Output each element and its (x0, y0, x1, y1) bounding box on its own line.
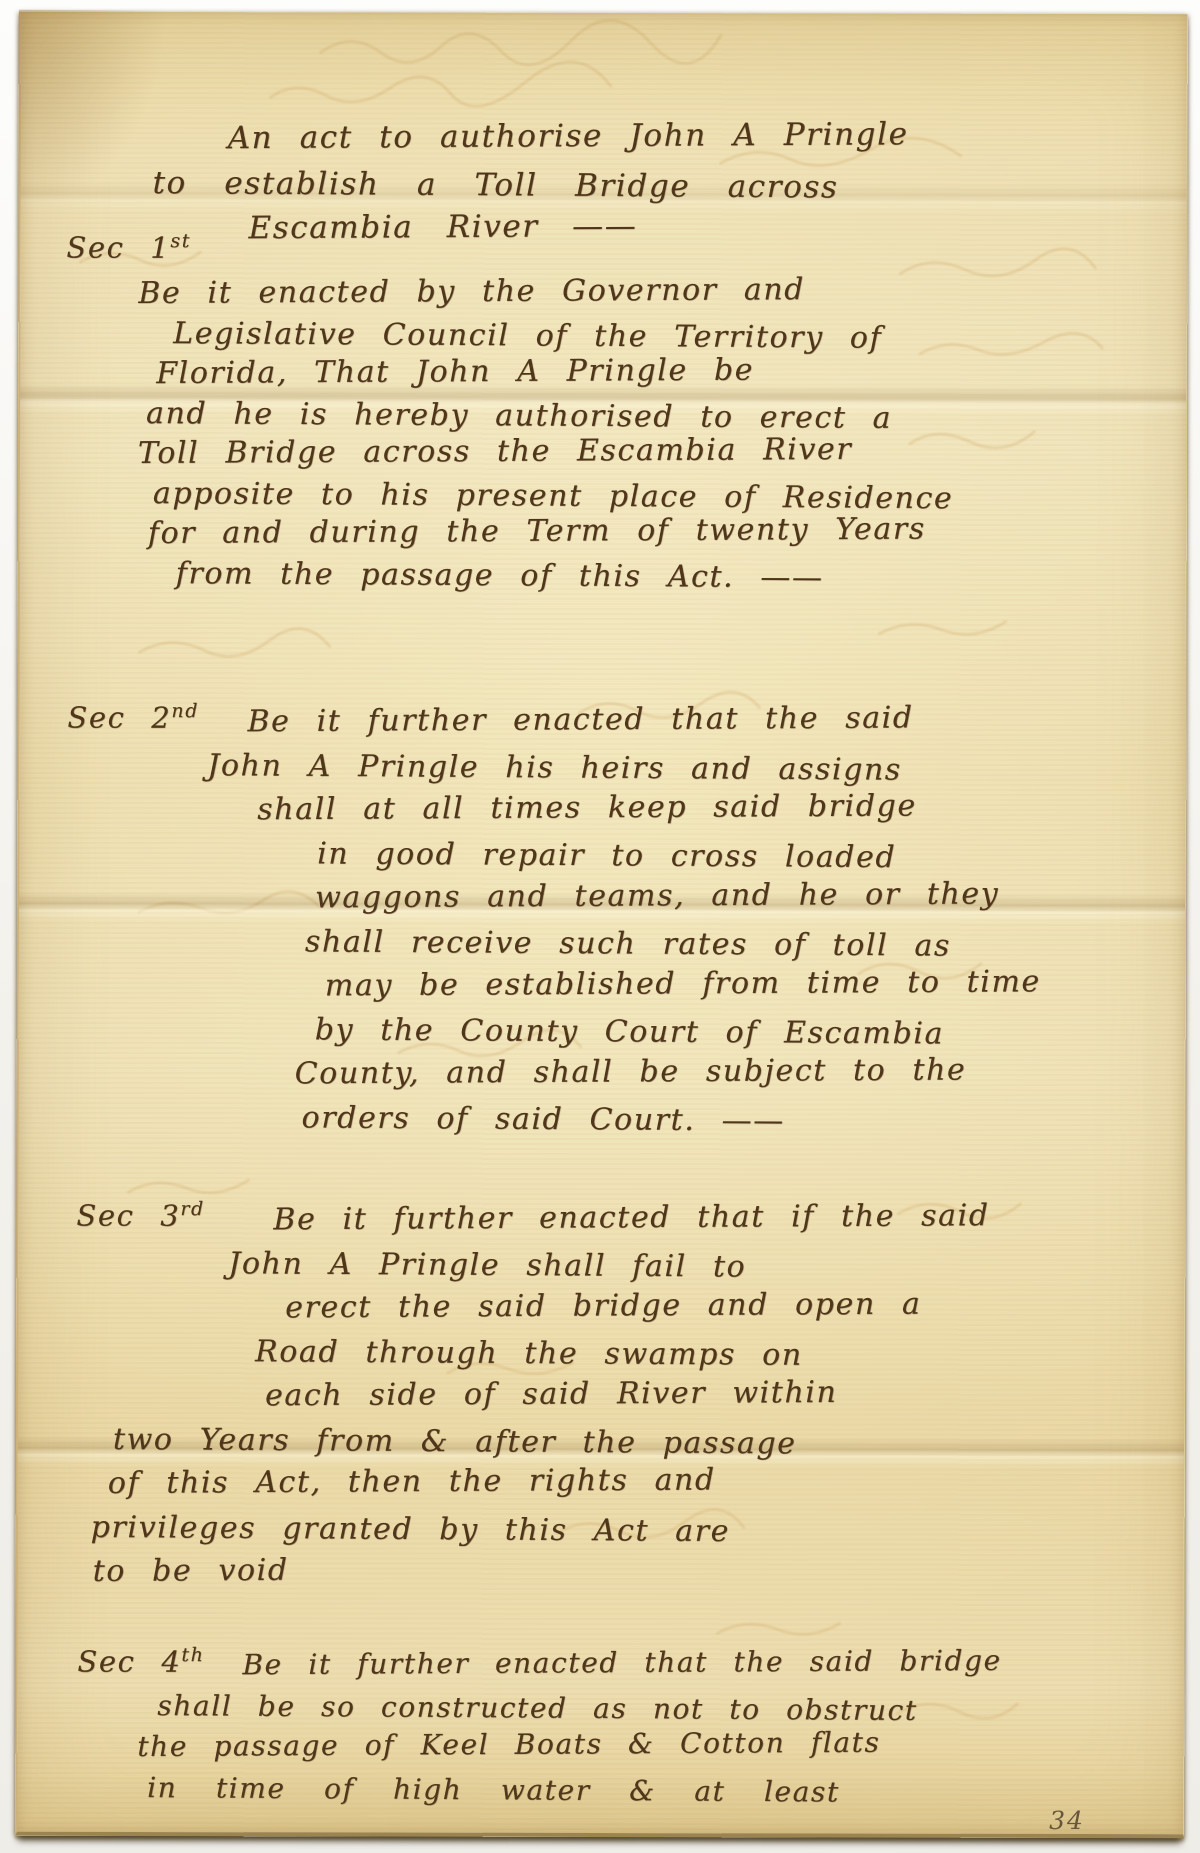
manuscript-line: of this Act, then the rights and (108, 1456, 1184, 1506)
manuscript-line: Be it further enacted that if the said (273, 1193, 1184, 1242)
manuscript-line: Be it enacted by the Governor and (138, 268, 1186, 314)
manuscript-line: erect the said bridge and open a (285, 1281, 1184, 1330)
page-number: 34 (1049, 1806, 1085, 1835)
section-2: Sec 2nd Be it further enacted that the s… (19, 700, 1186, 1142)
manuscript-line: County, and shall be subject to the (295, 1047, 1185, 1096)
manuscript-line: to be void (93, 1544, 1184, 1594)
section-4-body: Be it further enacted that the said brid… (242, 1644, 1183, 1810)
section-4-ordinal-sup: th (181, 1644, 204, 1666)
section-1: Sec 1st Be it enacted by the Governor an… (20, 274, 1187, 596)
manuscript-line: each side of said River within (265, 1369, 1184, 1418)
handwritten-text-layer: An act to authorise John A Pringleto est… (17, 12, 1187, 1834)
section-2-label: Sec 2nd (67, 700, 199, 735)
section-3-body: Be it further enacted that if the saidJo… (273, 1198, 1185, 1596)
act-title: An act to authorise John A Pringleto est… (20, 116, 1186, 253)
manuscript-paper: An act to authorise John A Pringleto est… (15, 12, 1188, 1838)
section-1-ordinal-sup: st (170, 230, 191, 252)
manuscript-line: Florida, That John A Pringle be (156, 348, 1186, 394)
manuscript-line: the passage of Keel Boats & Cotton flats (137, 1720, 1183, 1767)
manuscript-line: may be established from time to time (325, 959, 1185, 1008)
section-3: Sec 3rd Be it further enacted that if th… (18, 1198, 1185, 1596)
manuscript-line: in time of high water & at least (147, 1767, 1183, 1815)
manuscript-line: Be it further enacted that the said (247, 695, 1185, 744)
scanned-document-background: An act to authorise John A Pringleto est… (0, 0, 1200, 1853)
section-1-label: Sec 1st (66, 230, 191, 265)
manuscript-line: for and during the Term of twenty Years (148, 508, 1186, 554)
manuscript-line: orders of said Court. —— (301, 1096, 1184, 1146)
section-3-ordinal-sup: rd (180, 1198, 204, 1220)
section-2-body: Be it further enacted that the saidJohn … (247, 700, 1186, 1142)
section-4-label: Sec 4th (77, 1644, 204, 1679)
section-2-ordinal-sup: nd (171, 700, 199, 722)
section-4: Sec 4th Be it further enacted that the s… (17, 1644, 1183, 1810)
section-3-label: Sec 3rd (76, 1198, 204, 1233)
manuscript-line: Be it further enacted that the said brid… (242, 1639, 1183, 1685)
manuscript-line: from the passage of this Act. —— (176, 554, 1186, 601)
manuscript-line: shall at all times keep said bridge (257, 783, 1185, 832)
manuscript-line: Toll Bridge across the Escambia River (138, 428, 1186, 474)
section-1-body: Be it enacted by the Governor andLegisla… (138, 274, 1187, 596)
manuscript-line: Escambia River —— (248, 201, 1186, 251)
manuscript-line: waggons and teams, and he or they (315, 871, 1185, 920)
manuscript-line: An act to authorise John A Pringle (228, 111, 1187, 162)
